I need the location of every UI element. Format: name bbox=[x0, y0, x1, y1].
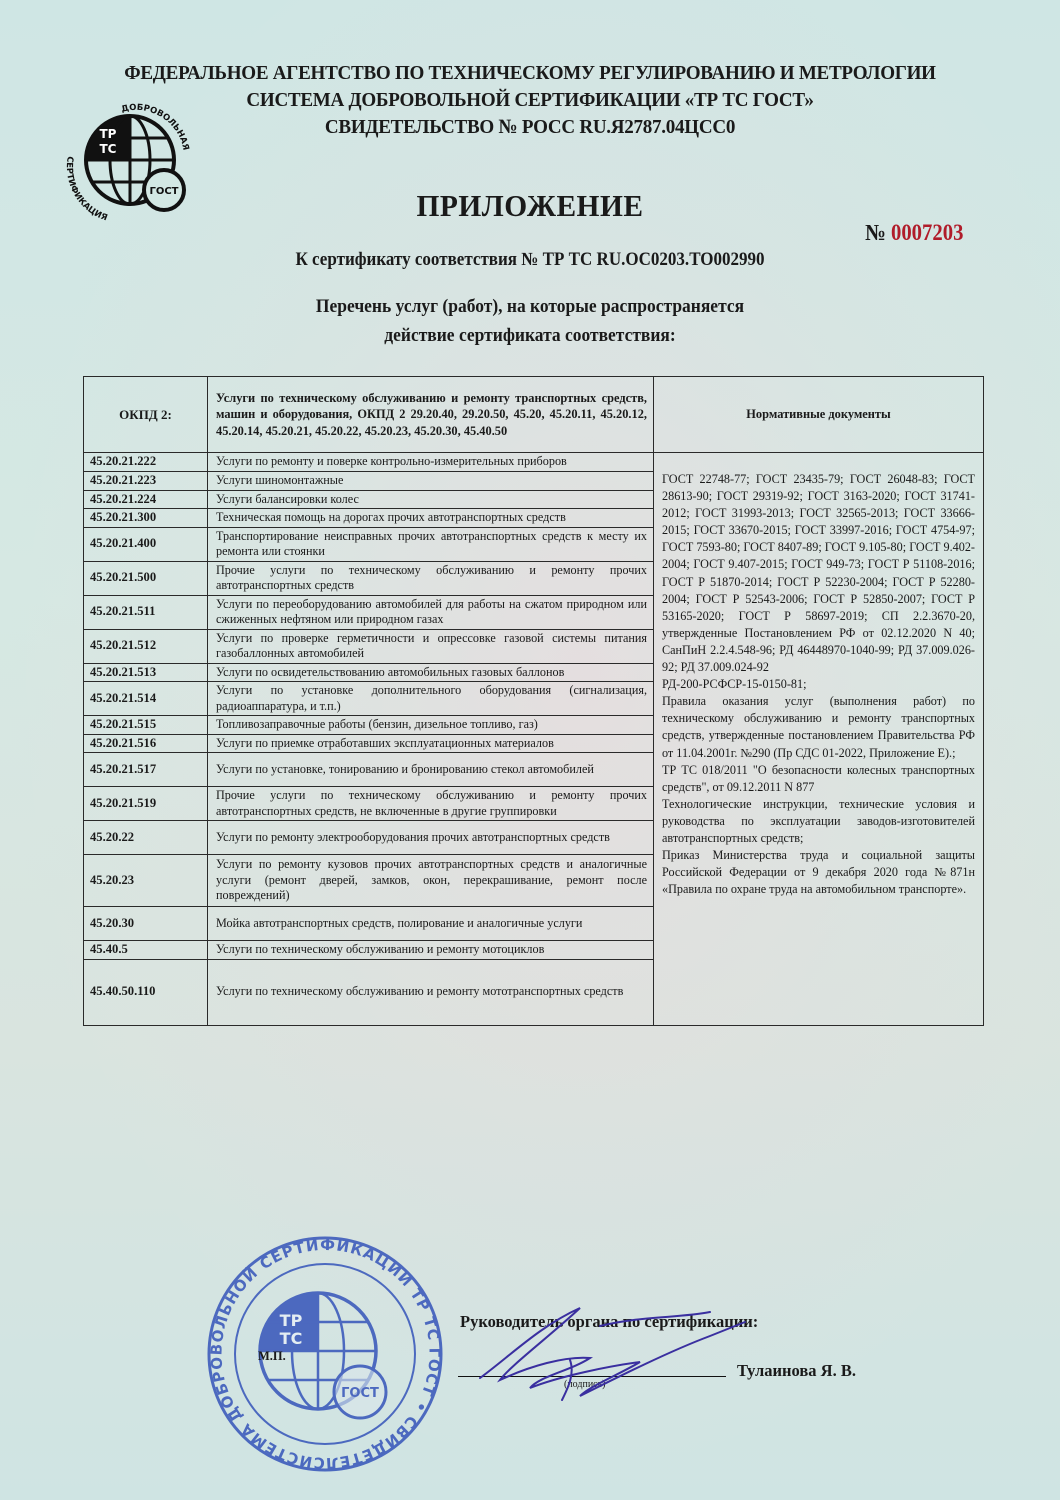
normative-document-entry: Технологические инструкции, технические … bbox=[662, 796, 975, 847]
service-description-cell: Услуги по переоборудованию автомобилей д… bbox=[208, 595, 654, 629]
seal-place-label: М.П. bbox=[258, 1349, 286, 1364]
okpd-code-cell: 45.40.5 bbox=[84, 941, 208, 960]
okpd-code-cell: 45.20.21.300 bbox=[84, 509, 208, 528]
svg-text:СИСТЕМА ДОБРОВОЛЬНОЙ СЕРТИФИКА: СИСТЕМА ДОБРОВОЛЬНОЙ СЕРТИФИКАЦИИ ТР ТС … bbox=[196, 1236, 444, 1472]
svg-text:ТР: ТР bbox=[280, 1311, 303, 1330]
service-description-cell: Услуги по освидетельствованию автомобиль… bbox=[208, 663, 654, 682]
services-list-heading-line2: действие сертификата соответствия: bbox=[42, 325, 1017, 347]
normative-document-entry: ТР ТС 018/2011 "О безопасности колесных … bbox=[662, 762, 975, 796]
service-description-cell: Услуги по техническому обслуживанию и ре… bbox=[208, 941, 654, 960]
table-row: 45.20.21.222Услуги по ремонту и поверке … bbox=[84, 453, 984, 472]
svg-text:ГОСТ: ГОСТ bbox=[341, 1386, 379, 1401]
certificate-reference: К сертификату соответствия № ТР ТС RU.OC… bbox=[42, 250, 1017, 271]
okpd-code-cell: 45.20.21.516 bbox=[84, 734, 208, 753]
okpd-code-cell: 45.20.21.512 bbox=[84, 629, 208, 663]
okpd-code-cell: 45.20.30 bbox=[84, 907, 208, 941]
svg-text:ТР: ТР bbox=[100, 127, 117, 141]
service-description-cell: Услуги по установке дополнительного обор… bbox=[208, 682, 654, 716]
okpd-code-cell: 45.20.21.513 bbox=[84, 663, 208, 682]
normative-document-entry: Правила оказания услуг (выполнения работ… bbox=[662, 693, 975, 761]
service-description-cell: Услуги по ремонту кузовов прочих автотра… bbox=[208, 855, 654, 907]
document-title: ПРИЛОЖЕНИЕ bbox=[27, 188, 1034, 224]
okpd-code-cell: 45.20.22 bbox=[84, 821, 208, 855]
appendix-number-value: 0007203 bbox=[891, 220, 963, 245]
service-description-cell: Услуги по проверке герметичности и опрес… bbox=[208, 629, 654, 663]
okpd-code-cell: 45.20.21.511 bbox=[84, 595, 208, 629]
service-description-cell: Услуги шиномонтажные bbox=[208, 472, 654, 491]
services-list-heading-line1: Перечень услуг (работ), на которые распр… bbox=[42, 296, 1017, 318]
column-header-description: Услуги по техническому обслуживанию и ре… bbox=[208, 377, 654, 453]
service-description-cell: Услуги по приемке отработавших эксплуата… bbox=[208, 734, 654, 753]
service-description-cell: Топливозаправочные работы (бензин, дизел… bbox=[208, 716, 654, 735]
okpd-code-cell: 45.20.21.517 bbox=[84, 753, 208, 787]
okpd-code-cell: 45.20.21.224 bbox=[84, 490, 208, 509]
number-sign: № bbox=[865, 220, 886, 245]
okpd-code-cell: 45.20.21.519 bbox=[84, 787, 208, 821]
column-header-norms: Нормативные документы bbox=[654, 377, 984, 453]
service-description-cell: Прочие услуги по техническому обслуживан… bbox=[208, 787, 654, 821]
normative-document-entry: РД-200-РСФСР-15-0150-81; bbox=[662, 676, 975, 693]
okpd-code-cell: 45.20.21.400 bbox=[84, 527, 208, 561]
normative-document-entry: ГОСТ 22748-77; ГОСТ 23435-79; ГОСТ 26048… bbox=[662, 471, 975, 676]
services-table: ОКПД 2: Услуги по техническому обслужива… bbox=[83, 376, 984, 1026]
service-description-cell: Техническая помощь на дорогах прочих авт… bbox=[208, 509, 654, 528]
service-description-cell: Услуги балансировки колес bbox=[208, 490, 654, 509]
svg-text:ТС: ТС bbox=[100, 142, 117, 156]
column-header-code: ОКПД 2: bbox=[84, 377, 208, 453]
service-description-cell: Мойка автотранспортных средств, полирова… bbox=[208, 907, 654, 941]
certification-seal-stamp-icon: СИСТЕМА ДОБРОВОЛЬНОЙ СЕРТИФИКАЦИИ ТР ТС … bbox=[196, 1236, 454, 1476]
okpd-code-cell: 45.20.21.514 bbox=[84, 682, 208, 716]
handwritten-signature-icon bbox=[470, 1296, 770, 1406]
okpd-code-cell: 45.20.21.222 bbox=[84, 453, 208, 472]
okpd-code-cell: 45.20.21.500 bbox=[84, 561, 208, 595]
svg-text:ТС: ТС bbox=[280, 1329, 303, 1348]
normative-documents-cell: ГОСТ 22748-77; ГОСТ 23435-79; ГОСТ 26048… bbox=[654, 453, 984, 1026]
service-description-cell: Прочие услуги по техническому обслуживан… bbox=[208, 561, 654, 595]
service-description-cell: Услуги по техническому обслуживанию и ре… bbox=[208, 959, 654, 1025]
okpd-code-cell: 45.20.23 bbox=[84, 855, 208, 907]
okpd-code-cell: 45.20.21.223 bbox=[84, 472, 208, 491]
okpd-code-cell: 45.40.50.110 bbox=[84, 959, 208, 1025]
service-description-cell: Услуги по ремонту и поверке контрольно-и… bbox=[208, 453, 654, 472]
appendix-number: № 0007203 bbox=[865, 220, 963, 246]
service-description-cell: Услуги по установке, тонированию и брони… bbox=[208, 753, 654, 787]
agency-header-line: ФЕДЕРАЛЬНОЕ АГЕНТСТВО ПО ТЕХНИЧЕСКОМУ РЕ… bbox=[37, 62, 1023, 85]
service-description-cell: Транспортирование неисправных прочих авт… bbox=[208, 527, 654, 561]
okpd-code-cell: 45.20.21.515 bbox=[84, 716, 208, 735]
normative-document-entry: Приказ Министерства труда и социальной з… bbox=[662, 847, 975, 898]
service-description-cell: Услуги по ремонту электрооборудования пр… bbox=[208, 821, 654, 855]
